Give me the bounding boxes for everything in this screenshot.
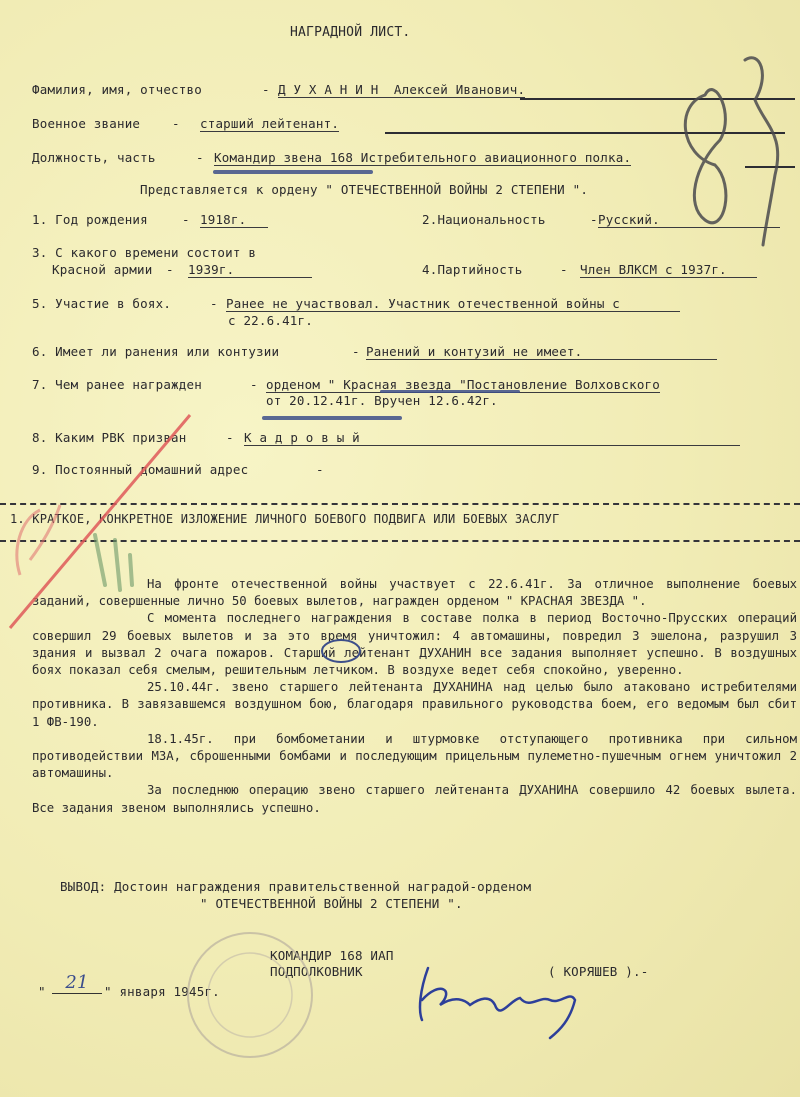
item-awards-value-2: от 20.12.41г. Вручен 12.6.42г. [266, 393, 498, 408]
item-party-label: 4.Партийность [422, 262, 522, 277]
red-strike-mark [0, 410, 200, 640]
date-open-quote: " [38, 984, 46, 999]
item-birth-year-value: 1918г. [200, 212, 268, 228]
dash-separator: - [196, 150, 204, 165]
dash-separator: - [166, 262, 174, 277]
field-label-rank: Военное звание [32, 116, 140, 131]
signature-handwritten [400, 960, 600, 1040]
dash-separator: - [352, 344, 360, 359]
blue-pencil-underline [380, 390, 520, 393]
field-value-full-name: Д У Х А Н И Н Алексей Иванович. [278, 82, 525, 98]
conclusion-line-1: ВЫВОД: Достоин награждения правительстве… [60, 879, 531, 894]
field-label-position: Должность, часть [32, 150, 156, 165]
date-day-handwritten: 21 [52, 972, 102, 994]
item-nationality-label: 2.Национальность [422, 212, 546, 227]
item-army-since-value: 1939г. [188, 262, 312, 278]
dash-separator: - [182, 212, 190, 227]
narrative-paragraph: За последнюю операцию звено старшего лей… [32, 782, 797, 816]
green-check-mark [90, 530, 140, 600]
dash-separator: - [560, 262, 568, 277]
narrative-paragraph: 18.1.45г. при бомбометании и штурмовке о… [32, 731, 797, 783]
dash-separator: - [172, 116, 180, 131]
item-wounds-value: Ранений и контузий не имеет. [366, 344, 717, 360]
item-rvk-value: К а д р о в ы й [244, 430, 740, 446]
dash-separator: - [316, 462, 324, 477]
field-value-position: Командир звена 168 Истребительного авиац… [214, 150, 631, 166]
item-army-since-label: 3. С какого времени состоит в [32, 245, 256, 260]
handwritten-margin-number [665, 45, 785, 245]
circled-number-mark [320, 638, 362, 664]
dash-separator: - [210, 296, 218, 311]
dash-separator: - [250, 377, 258, 392]
item-army-since-label-2: Красной армии [52, 262, 152, 277]
item-party-value: Член ВЛКСМ с 1937г. [580, 262, 757, 278]
field-value-rank: старший лейтенант. [200, 116, 339, 132]
dash-separator: - [590, 212, 598, 227]
item-awards-label: 7. Чем ранее награжден [32, 377, 202, 392]
item-combat-value-2: с 22.6.41г. [228, 313, 313, 328]
blue-pencil-underline [213, 170, 373, 174]
field-label-full-name: Фамилия, имя, отчество [32, 82, 202, 97]
conclusion-line-2: " ОТЕЧЕСТВЕННОЙ ВОЙНЫ 2 СТЕПЕНИ ". [200, 896, 463, 911]
blue-pencil-underline [262, 416, 402, 420]
award-sheet-page: НАГРАДНОЙ ЛИСТ. Фамилия, имя, отчество -… [0, 0, 800, 1097]
item-combat-value: Ранее не участвовал. Участник отечествен… [226, 296, 680, 312]
stamp-seal [180, 925, 320, 1065]
item-birth-year-label: 1. Год рождения [32, 212, 148, 227]
dash-separator: - [262, 82, 270, 97]
nomination-line: Представляется к ордену " ОТЕЧЕСТВЕННОЙ … [140, 182, 588, 197]
item-combat-label: 5. Участие в боях. [32, 296, 171, 311]
item-wounds-label: 6. Имеет ли ранения или контузии [32, 344, 279, 359]
narrative-paragraph: 25.10.44г. звено старшего лейтенанта ДУХ… [32, 679, 797, 731]
dash-separator: - [226, 430, 234, 445]
document-title: НАГРАДНОЙ ЛИСТ. [290, 25, 410, 40]
